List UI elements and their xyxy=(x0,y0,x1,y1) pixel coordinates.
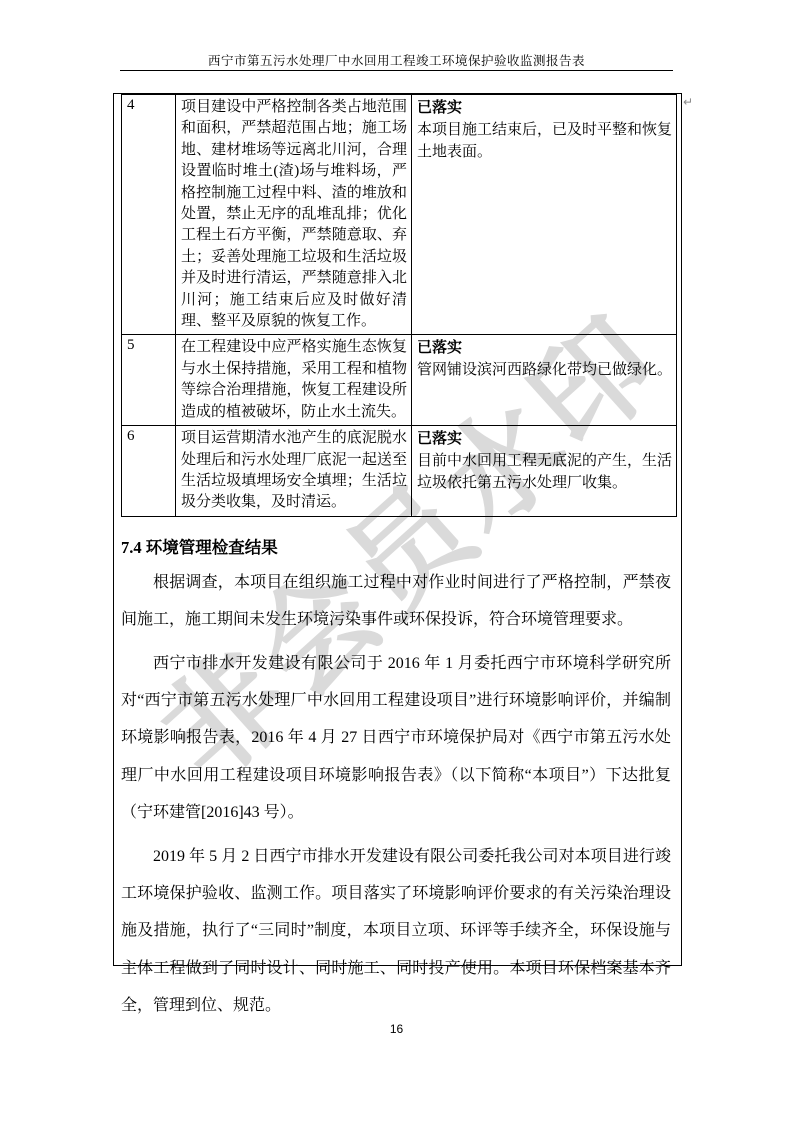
status-cell: 已落实 本项目施工结束后，已及时平整和恢复土地表面。 xyxy=(412,95,677,335)
status-detail: 管网铺设滨河西路绿化带均已做绿化。 xyxy=(417,359,672,381)
body-paragraph: 西宁市排水开发建设有限公司于 2016 年 1 月委托西宁市环境科学研究所对“西… xyxy=(121,645,671,832)
content-border-box: 4 项目建设中严格控制各类占地范围和面积，严禁超范围占地；施工场地、建材堆场等远… xyxy=(113,93,682,966)
table-row: 5 在工程建设中应严格实施生态恢复与水土保持措施，采用工程和植物等综合治理措施，… xyxy=(122,335,677,426)
measure-cell: 项目运营期清水池产生的底泥脱水处理后和污水处理厂底泥一起送至生活垃圾填埋场安全填… xyxy=(176,426,412,517)
body-paragraph: 2019 年 5 月 2 日西宁市排水开发建设有限公司委托我公司对本项目进行竣工… xyxy=(121,838,671,1025)
document-page: 西宁市第五污水处理厂中水回用工程竣工环境保护验收监测报告表 非会员水印 ↵ 4 … xyxy=(0,0,793,1122)
status-cell: 已落实 管网铺设滨河西路绿化带均已做绿化。 xyxy=(412,335,677,426)
measure-cell: 项目建设中严格控制各类占地范围和面积，严禁超范围占地；施工场地、建材堆场等远离北… xyxy=(176,95,412,335)
status-title: 已落实 xyxy=(417,97,672,119)
table-row: 4 项目建设中严格控制各类占地范围和面积，严禁超范围占地；施工场地、建材堆场等远… xyxy=(122,95,677,335)
row-number-cell: 6 xyxy=(122,426,176,517)
status-detail: 目前中水回用工程无底泥的产生，生活垃圾依托第五污水处理厂收集。 xyxy=(417,450,672,494)
section-heading: 7.4 环境管理检查结果 xyxy=(121,534,671,558)
row-number-cell: 4 xyxy=(122,95,176,335)
paragraph-mark-icon: ↵ xyxy=(683,95,693,109)
table-row: 6 项目运营期清水池产生的底泥脱水处理后和污水处理厂底泥一起送至生活垃圾填埋场安… xyxy=(122,426,677,517)
measure-cell: 在工程建设中应严格实施生态恢复与水土保持措施，采用工程和植物等综合治理措施，恢复… xyxy=(176,335,412,426)
body-paragraph: 根据调查，本项目在组织施工过程中对作业时间进行了严格控制，严禁夜间施工，施工期间… xyxy=(121,564,671,639)
status-title: 已落实 xyxy=(417,428,672,450)
header-underline xyxy=(120,70,673,71)
status-title: 已落实 xyxy=(417,337,672,359)
row-number-cell: 5 xyxy=(122,335,176,426)
status-detail: 本项目施工结束后，已及时平整和恢复土地表面。 xyxy=(417,119,672,163)
page-header-title: 西宁市第五污水处理厂中水回用工程竣工环境保护验收监测报告表 xyxy=(0,51,793,69)
status-cell: 已落实 目前中水回用工程无底泥的产生，生活垃圾依托第五污水处理厂收集。 xyxy=(412,426,677,517)
measures-implementation-table: 4 项目建设中严格控制各类占地范围和面积，严禁超范围占地；施工场地、建材堆场等远… xyxy=(121,94,677,517)
